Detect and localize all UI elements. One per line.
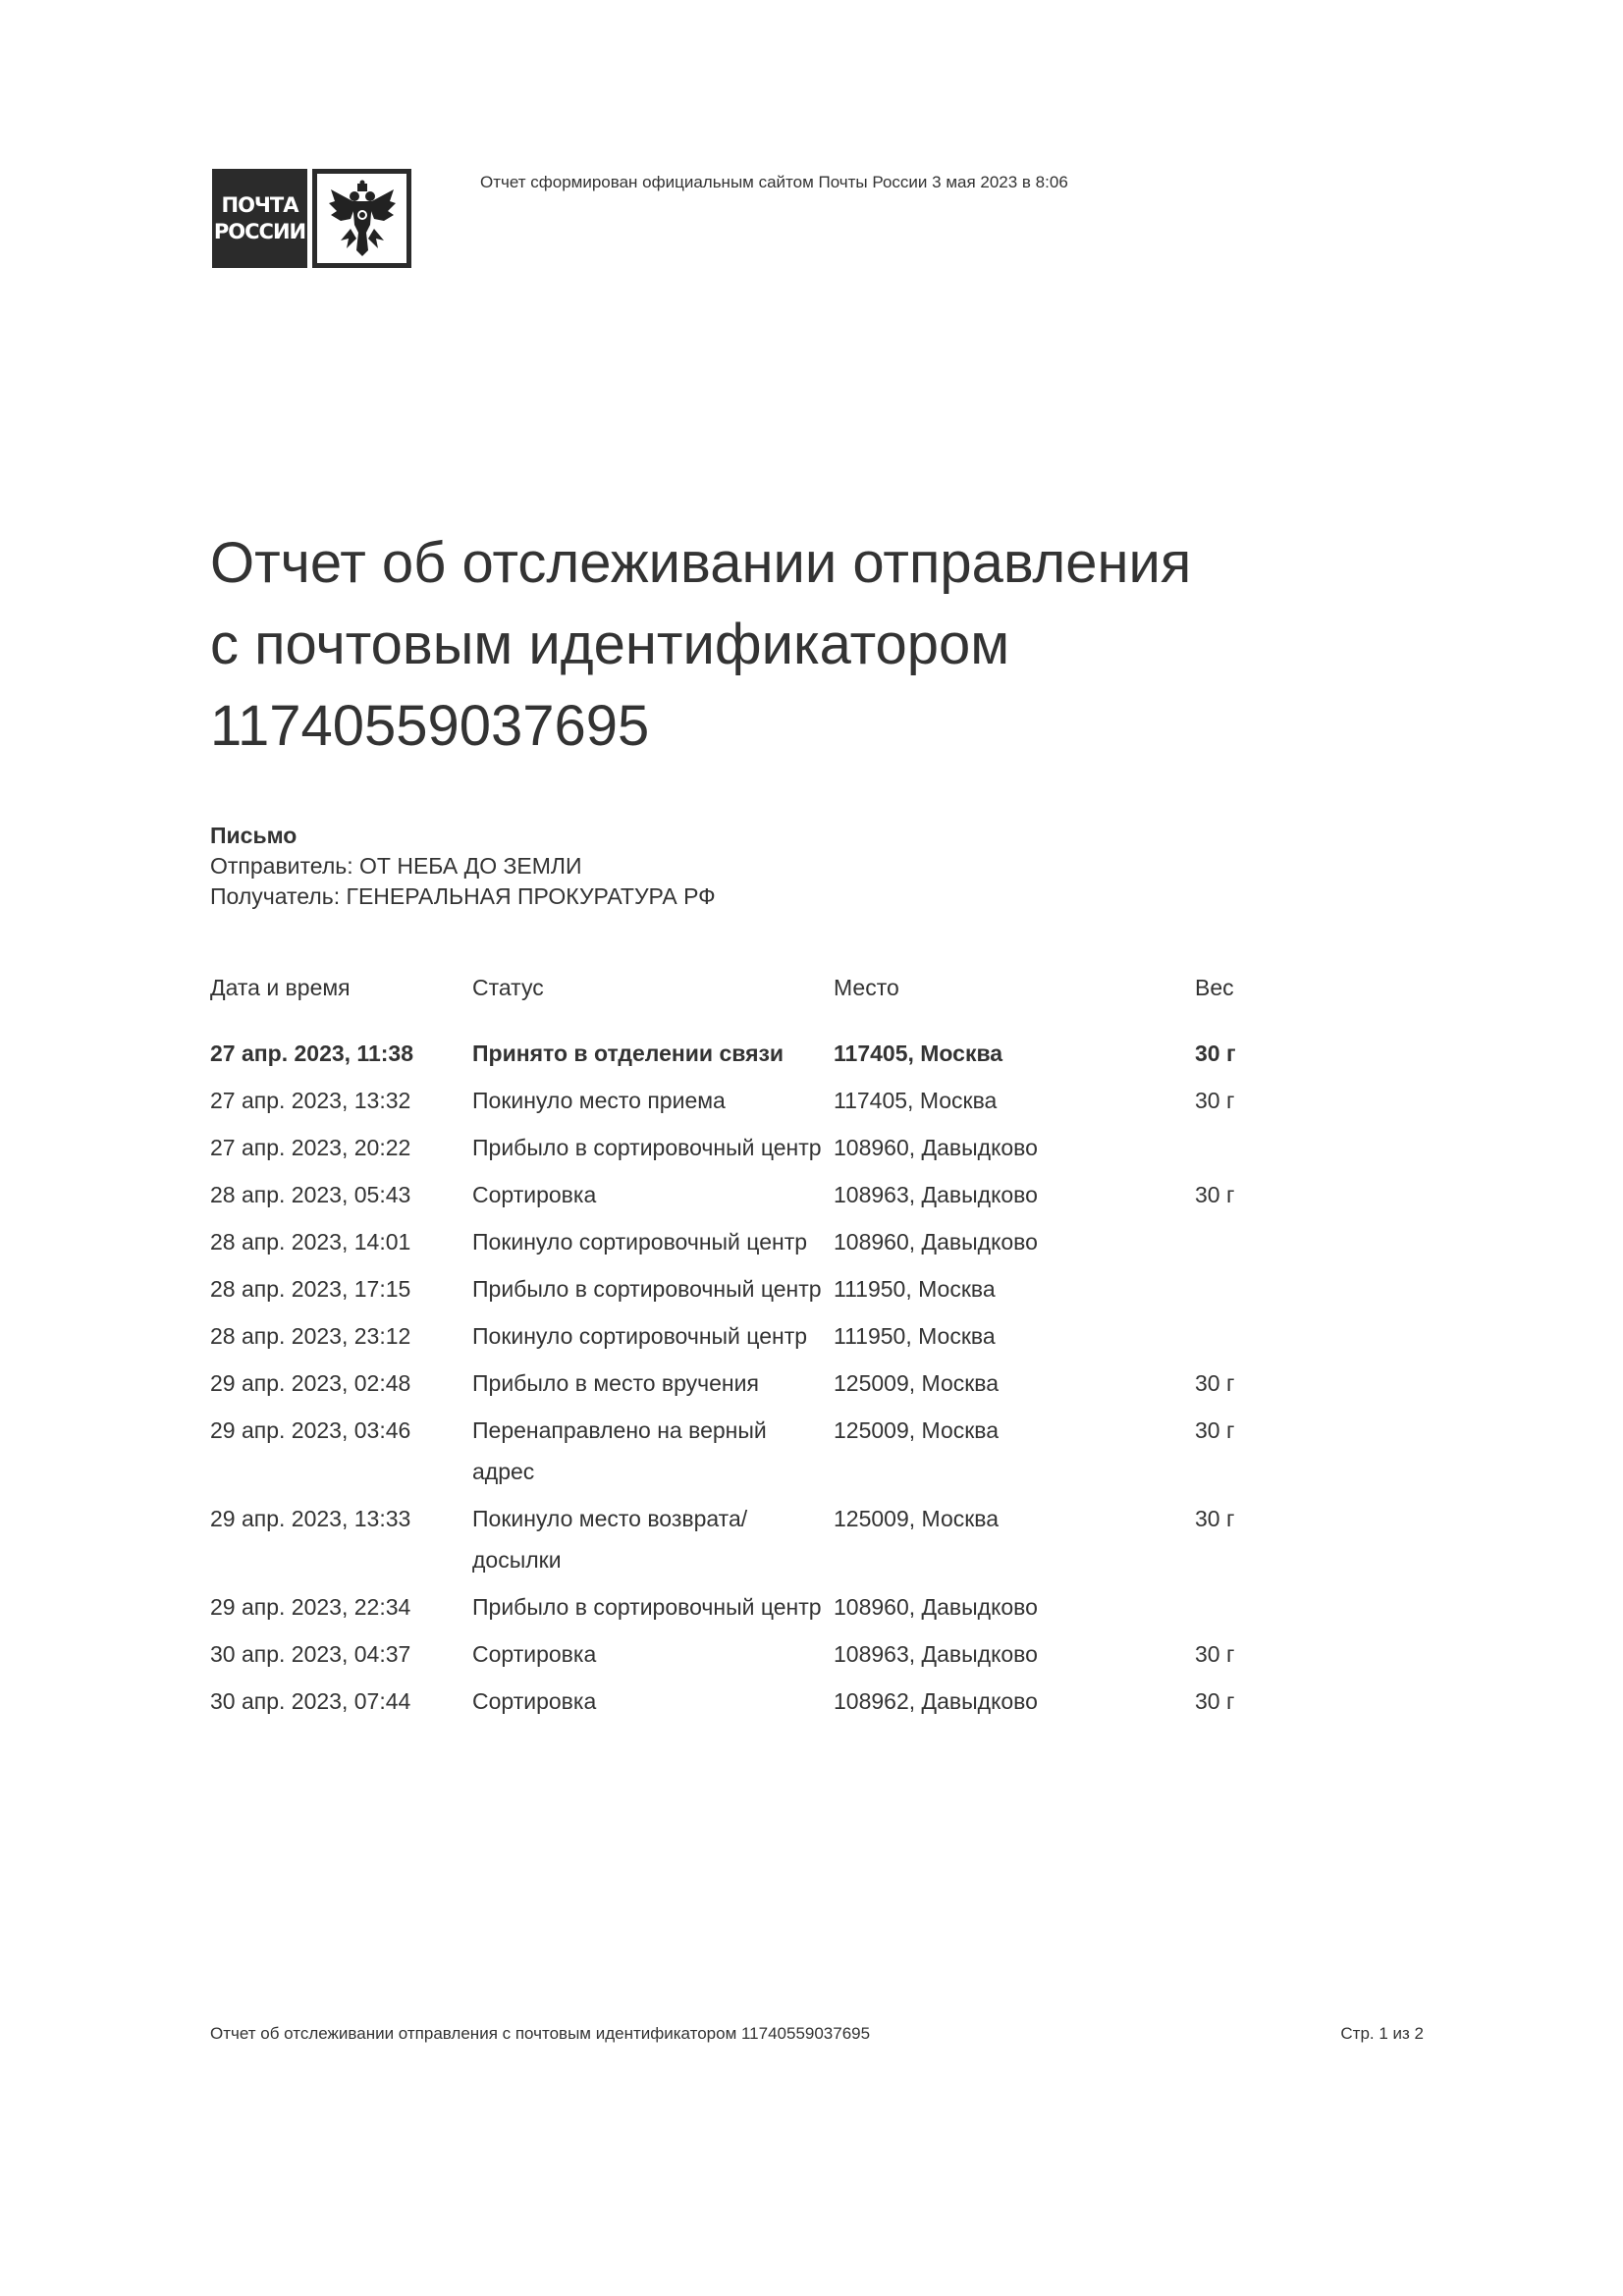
header-datetime: Дата и время: [210, 972, 472, 1033]
cell-status: Перенаправлено на верный адрес: [472, 1410, 834, 1492]
cell-status: Покинуло сортировочный центр: [472, 1315, 834, 1357]
table-row: 29 апр. 2023, 03:46Перенаправлено на вер…: [210, 1410, 1293, 1498]
cell-place: 111950, Москва: [834, 1315, 1195, 1357]
cell-weight: 30 г: [1195, 1362, 1293, 1404]
cell-datetime: 27 апр. 2023, 11:38: [210, 1033, 472, 1074]
page-footer: Отчет об отслеживании отправления с почт…: [210, 2024, 1424, 2044]
cell-weight: [1195, 1221, 1293, 1262]
logo-text-line1: ПОЧТА: [222, 192, 298, 219]
title-line-1: Отчет об отслеживании отправления: [210, 522, 1191, 604]
pochta-rossii-logo: ПОЧТА РОССИИ: [212, 169, 411, 268]
header-weight: Вес: [1195, 972, 1293, 1033]
cell-status: Покинуло место возврата/ досылки: [472, 1498, 834, 1580]
cell-place: 108960, Давыдково: [834, 1127, 1195, 1168]
table-body: 27 апр. 2023, 11:38Принято в отделении с…: [210, 1033, 1293, 1728]
tracking-number: 11740559037695: [210, 685, 1191, 767]
double-headed-eagle-icon: [327, 180, 398, 258]
table-row: 27 апр. 2023, 20:22Прибыло в сортировочн…: [210, 1127, 1293, 1174]
cell-datetime: 28 апр. 2023, 14:01: [210, 1221, 472, 1262]
cell-status: Покинуло сортировочный центр: [472, 1221, 834, 1262]
sender: Отправитель: ОТ НЕБА ДО ЗЕМЛИ: [210, 851, 716, 881]
page-title: Отчет об отслеживании отправления с почт…: [210, 522, 1191, 767]
title-line-2: с почтовым идентификатором: [210, 604, 1191, 685]
cell-weight: 30 г: [1195, 1033, 1293, 1074]
table-row: 29 апр. 2023, 02:48Прибыло в место вруче…: [210, 1362, 1293, 1410]
cell-place: 108960, Давыдково: [834, 1586, 1195, 1628]
cell-status: Прибыло в сортировочный центр: [472, 1127, 834, 1168]
cell-status: Сортировка: [472, 1633, 834, 1675]
logo-wordmark: ПОЧТА РОССИИ: [212, 169, 307, 268]
header-place: Место: [834, 972, 1195, 1033]
cell-weight: [1195, 1586, 1293, 1628]
table-row: 29 апр. 2023, 22:34Прибыло в сортировочн…: [210, 1586, 1293, 1633]
table-row: 28 апр. 2023, 05:43Сортировка108963, Дав…: [210, 1174, 1293, 1221]
cell-datetime: 27 апр. 2023, 13:32: [210, 1080, 472, 1121]
shipment-type: Письмо: [210, 821, 716, 851]
cell-datetime: 29 апр. 2023, 13:33: [210, 1498, 472, 1580]
cell-place: 108963, Давыдково: [834, 1174, 1195, 1215]
cell-weight: [1195, 1315, 1293, 1357]
cell-place: 108963, Давыдково: [834, 1633, 1195, 1675]
report-generated-note: Отчет сформирован официальным сайтом Поч…: [480, 173, 1068, 192]
cell-status: Покинуло место приема: [472, 1080, 834, 1121]
cell-weight: 30 г: [1195, 1080, 1293, 1121]
cell-place: 125009, Москва: [834, 1498, 1195, 1580]
cell-datetime: 29 апр. 2023, 03:46: [210, 1410, 472, 1492]
header-status: Статус: [472, 972, 834, 1033]
tracking-history-table: Дата и время Статус Место Вес 27 апр. 20…: [210, 972, 1293, 1728]
cell-status: Прибыло в сортировочный центр: [472, 1268, 834, 1309]
logo-text-line2: РОССИИ: [214, 219, 305, 245]
cell-status: Прибыло в место вручения: [472, 1362, 834, 1404]
cell-datetime: 30 апр. 2023, 04:37: [210, 1633, 472, 1675]
cell-status: Сортировка: [472, 1174, 834, 1215]
cell-datetime: 29 апр. 2023, 22:34: [210, 1586, 472, 1628]
table-row: 28 апр. 2023, 23:12Покинуло сортировочны…: [210, 1315, 1293, 1362]
logo-emblem: [312, 169, 411, 268]
cell-datetime: 27 апр. 2023, 20:22: [210, 1127, 472, 1168]
cell-datetime: 28 апр. 2023, 17:15: [210, 1268, 472, 1309]
recipient: Получатель: ГЕНЕРАЛЬНАЯ ПРОКУРАТУРА РФ: [210, 881, 716, 912]
cell-place: 125009, Москва: [834, 1410, 1195, 1492]
page-number: Стр. 1 из 2: [1340, 2024, 1424, 2044]
cell-datetime: 28 апр. 2023, 05:43: [210, 1174, 472, 1215]
cell-weight: 30 г: [1195, 1174, 1293, 1215]
cell-status: Принято в отделении связи: [472, 1033, 834, 1074]
cell-place: 117405, Москва: [834, 1033, 1195, 1074]
table-row: 27 апр. 2023, 11:38Принято в отделении с…: [210, 1033, 1293, 1080]
table-row: 30 апр. 2023, 04:37Сортировка108963, Дав…: [210, 1633, 1293, 1681]
footer-title: Отчет об отслеживании отправления с почт…: [210, 2024, 870, 2044]
cell-datetime: 28 апр. 2023, 23:12: [210, 1315, 472, 1357]
cell-place: 108962, Давыдково: [834, 1681, 1195, 1722]
table-row: 30 апр. 2023, 07:44Сортировка108962, Дав…: [210, 1681, 1293, 1728]
cell-place: 117405, Москва: [834, 1080, 1195, 1121]
cell-datetime: 30 апр. 2023, 07:44: [210, 1681, 472, 1722]
table-row: 29 апр. 2023, 13:33Покинуло место возвра…: [210, 1498, 1293, 1586]
shipment-info: Письмо Отправитель: ОТ НЕБА ДО ЗЕМЛИ Пол…: [210, 821, 716, 912]
cell-place: 111950, Москва: [834, 1268, 1195, 1309]
cell-weight: 30 г: [1195, 1633, 1293, 1675]
table-header: Дата и время Статус Место Вес: [210, 972, 1293, 1033]
cell-status: Прибыло в сортировочный центр: [472, 1586, 834, 1628]
cell-place: 108960, Давыдково: [834, 1221, 1195, 1262]
table-row: 27 апр. 2023, 13:32Покинуло место приема…: [210, 1080, 1293, 1127]
cell-weight: 30 г: [1195, 1410, 1293, 1492]
cell-status: Сортировка: [472, 1681, 834, 1722]
table-row: 28 апр. 2023, 14:01Покинуло сортировочны…: [210, 1221, 1293, 1268]
cell-datetime: 29 апр. 2023, 02:48: [210, 1362, 472, 1404]
cell-weight: 30 г: [1195, 1498, 1293, 1580]
cell-place: 125009, Москва: [834, 1362, 1195, 1404]
cell-weight: [1195, 1268, 1293, 1309]
cell-weight: 30 г: [1195, 1681, 1293, 1722]
table-row: 28 апр. 2023, 17:15Прибыло в сортировочн…: [210, 1268, 1293, 1315]
cell-weight: [1195, 1127, 1293, 1168]
